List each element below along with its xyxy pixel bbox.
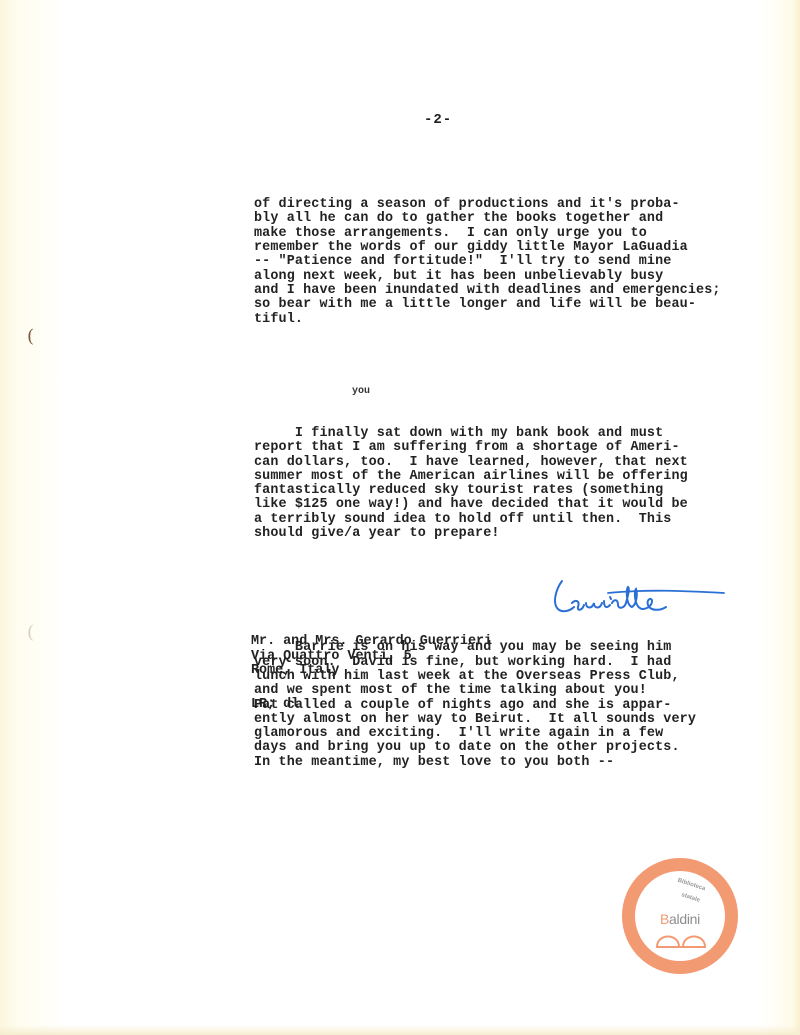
text-line: report that I am suffering from a shorta…: [254, 441, 784, 455]
stamp-name: Baldini: [660, 911, 700, 927]
open-book-icon: [655, 929, 707, 949]
signature-lauretta: [548, 575, 728, 620]
text-line: and I have been inundated with deadlines…: [254, 284, 784, 298]
text-line: should give/a year to prepare!: [254, 527, 784, 541]
text-line: along next week, but it has been unbelie…: [254, 270, 784, 284]
text-line: and we spent most of the time talking ab…: [254, 684, 784, 698]
paragraph-1: of directing a season of productions and…: [254, 170, 784, 356]
text-line: like $125 one way!) and have decided tha…: [254, 498, 784, 512]
text-line: glamorous and exciting. I'll write again…: [254, 727, 784, 741]
text-line: ently almost on her way to Beirut. It al…: [254, 713, 784, 727]
stamp-text-biblioteca: Biblioteca: [677, 878, 706, 893]
margin-mark: (: [27, 326, 34, 347]
text-line: of directing a season of productions and…: [254, 198, 784, 212]
text-line: remember the words of our giddy little M…: [254, 241, 784, 255]
library-stamp-logo: Biblioteca statale Baldini: [622, 858, 738, 974]
stamp-text-statale: statale: [681, 892, 701, 904]
address-line: Via Quattro Venti, 5: [251, 650, 492, 665]
text-line: tiful.: [254, 313, 784, 327]
text-line: so bear with me a little longer and life…: [254, 298, 784, 312]
text-line: make those arrangements. I can only urge…: [254, 227, 784, 241]
text-line: I finally sat down with my bank book and…: [254, 427, 784, 441]
text-line: -- "Patience and fortitude!" I'll try to…: [254, 255, 784, 269]
page-number: -2-: [424, 112, 452, 128]
paragraph-2: I finally sat down with my bank book and…: [254, 398, 784, 570]
reference-initials: LR; dl: [251, 697, 299, 712]
margin-mark: (: [27, 622, 34, 643]
address-line: Rome, Italy: [251, 664, 492, 679]
text-line: a terribly sound idea to hold off until …: [254, 513, 784, 527]
handwritten-insertion: you: [352, 386, 370, 397]
text-line: bly all he can do to gather the books to…: [254, 212, 784, 226]
text-line: summer most of the American airlines wil…: [254, 470, 784, 484]
recipient-address: Mr. and Mrs. Gerardo GuerrieriVia Quattr…: [251, 635, 492, 679]
text-line: Pat called a couple of nights ago and sh…: [254, 699, 784, 713]
page-edge: [0, 1025, 800, 1035]
letter-body: of directing a season of productions and…: [254, 141, 784, 827]
text-line: can dollars, too. I have learned, howeve…: [254, 456, 784, 470]
address-line: Mr. and Mrs. Gerardo Guerrieri: [251, 635, 492, 650]
text-line: In the meantime, my best love to you bot…: [254, 756, 784, 770]
scanned-letter-page: -2- of directing a season of productions…: [0, 0, 800, 1035]
text-line: fantastically reduced sky tourist rates …: [254, 484, 784, 498]
text-line: days and bring you up to date on the oth…: [254, 741, 784, 755]
